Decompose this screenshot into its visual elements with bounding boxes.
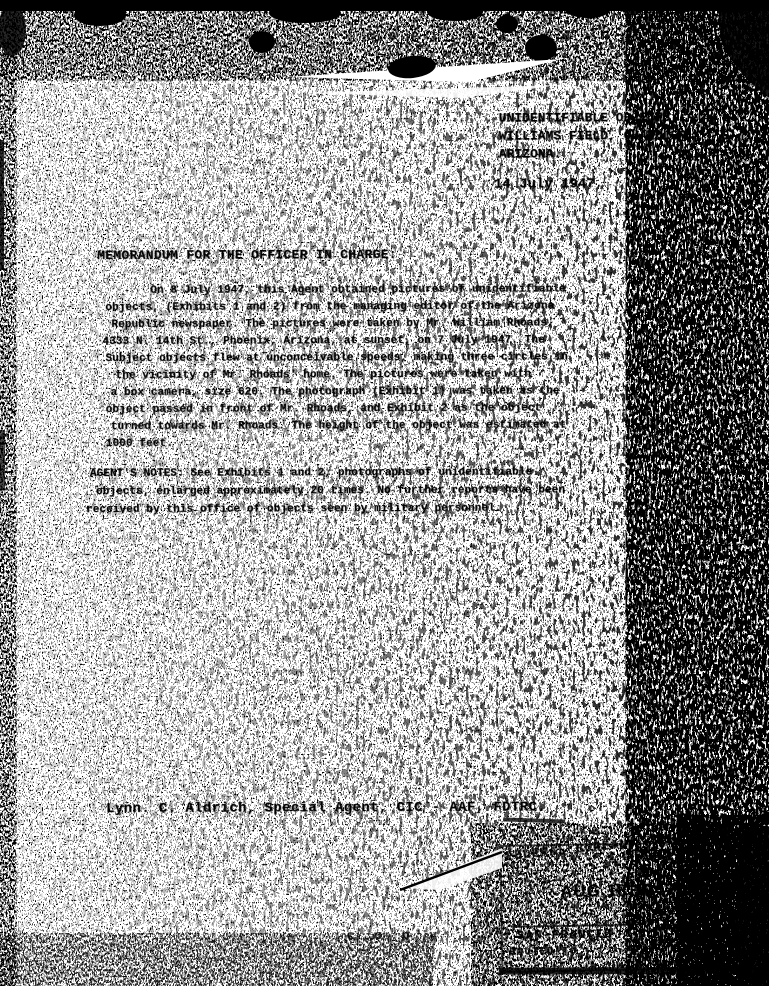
stamp-date-text: AUG 18 1947 xyxy=(560,880,675,902)
body-line: objects, (Exhibits 1 and 2) from the man… xyxy=(105,298,567,317)
body-paragraph-agents-notes: AGENT'S NOTES: See Exhibits 1 and 2, pho… xyxy=(90,463,565,519)
memo-salutation: MEMORANDUM FOR THE OFFICER IN CHARGE: xyxy=(97,247,397,263)
body-line: turned towards Mr. Rhoads. The height of… xyxy=(111,417,568,436)
subject-line-3: ARIZONA. xyxy=(499,146,561,161)
memo-date: 14 July 1947 xyxy=(494,176,595,192)
body-line: 1000 feet. xyxy=(106,434,568,453)
body-line: the vicinity of Mr. Rhoads' home. The pi… xyxy=(116,366,568,385)
stamp-mark-dash xyxy=(503,818,565,824)
stamp-city-text: SAN FRANCIS xyxy=(517,927,613,943)
stamp-bureau-text: FEDERAL BUREAU xyxy=(505,836,629,864)
copy-stamp-top: C O P xyxy=(366,30,422,44)
copy-stamp-bottom: c o p y xyxy=(347,928,444,943)
body-line: On 8 July 1947, this Agent obtained pict… xyxy=(150,281,567,299)
fbi-received-stamp: FEDERAL BUREAU AUG 18 1947 SAN FRANCIS R… xyxy=(499,842,697,973)
typewritten-text-layer: C O P UNIDENTIFIABLE OBJECTS, WILLIAMS F… xyxy=(0,0,769,986)
body-line: received by this office of objects seen … xyxy=(86,499,565,519)
body-line: AGENT'S NOTES: See Exhibits 1 and 2, pho… xyxy=(90,463,565,483)
stamp-routed-text: ROUTED TO xyxy=(509,946,578,959)
body-line: a box camera, size 620. The photograph (… xyxy=(111,383,568,402)
scanned-memo-page: C O P UNIDENTIFIABLE OBJECTS, WILLIAMS F… xyxy=(0,0,769,986)
body-line: objects, enlarged approximately 20 times… xyxy=(96,481,565,501)
subject-line-1: UNIDENTIFIABLE OBJECTS, xyxy=(499,110,678,126)
stamp-mark-bottom-bar xyxy=(499,967,769,975)
body-line: Subject objects flew at unconceivable sp… xyxy=(106,349,568,368)
signature-line: Lynn. C. Aldrich, Special Agent, CIC - A… xyxy=(106,799,546,817)
body-line: object passed in front of Mr. Rhoads, an… xyxy=(106,400,568,419)
body-paragraph-1: On 8 July 1947, this Agent obtained pict… xyxy=(105,281,568,453)
subject-line-2: WILLIAMS FIELD, CHANDLER, xyxy=(499,128,694,144)
body-line: 4333 N. 14th St., Phoenix, Arizona, at s… xyxy=(102,332,567,351)
body-line: Republic newspaper. The pictures were ta… xyxy=(111,315,567,334)
